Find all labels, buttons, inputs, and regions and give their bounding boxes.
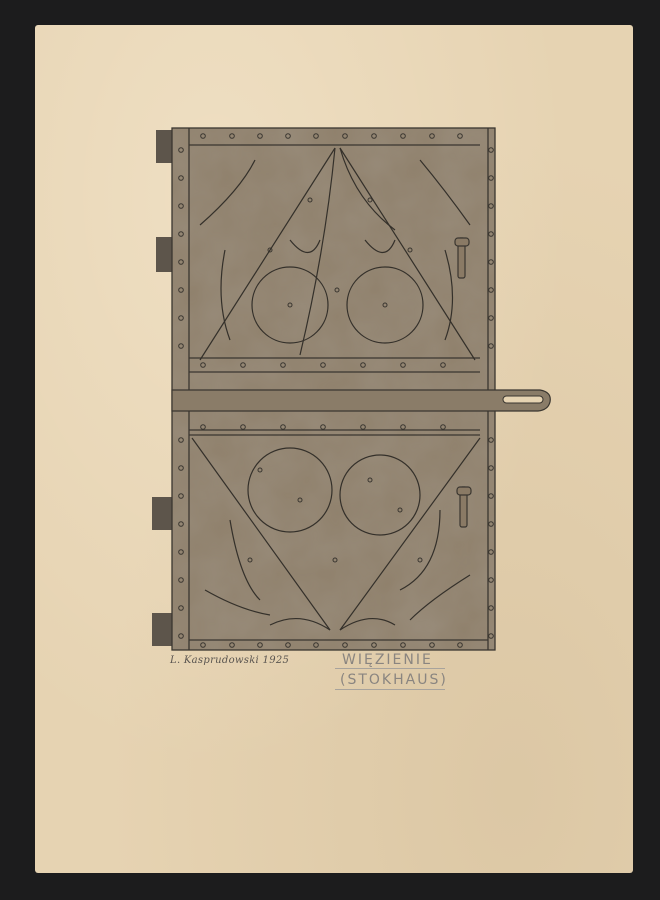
subtitle-underline (335, 689, 445, 690)
door-drawing (0, 0, 660, 900)
title-underline (335, 668, 445, 669)
artwork-title: WIĘZIENIE (342, 652, 433, 668)
artwork-subtitle: (STOKHAUS) (340, 672, 448, 688)
artist-signature: L. Kasprudowski 1925 (170, 655, 289, 666)
hinges (152, 130, 174, 646)
